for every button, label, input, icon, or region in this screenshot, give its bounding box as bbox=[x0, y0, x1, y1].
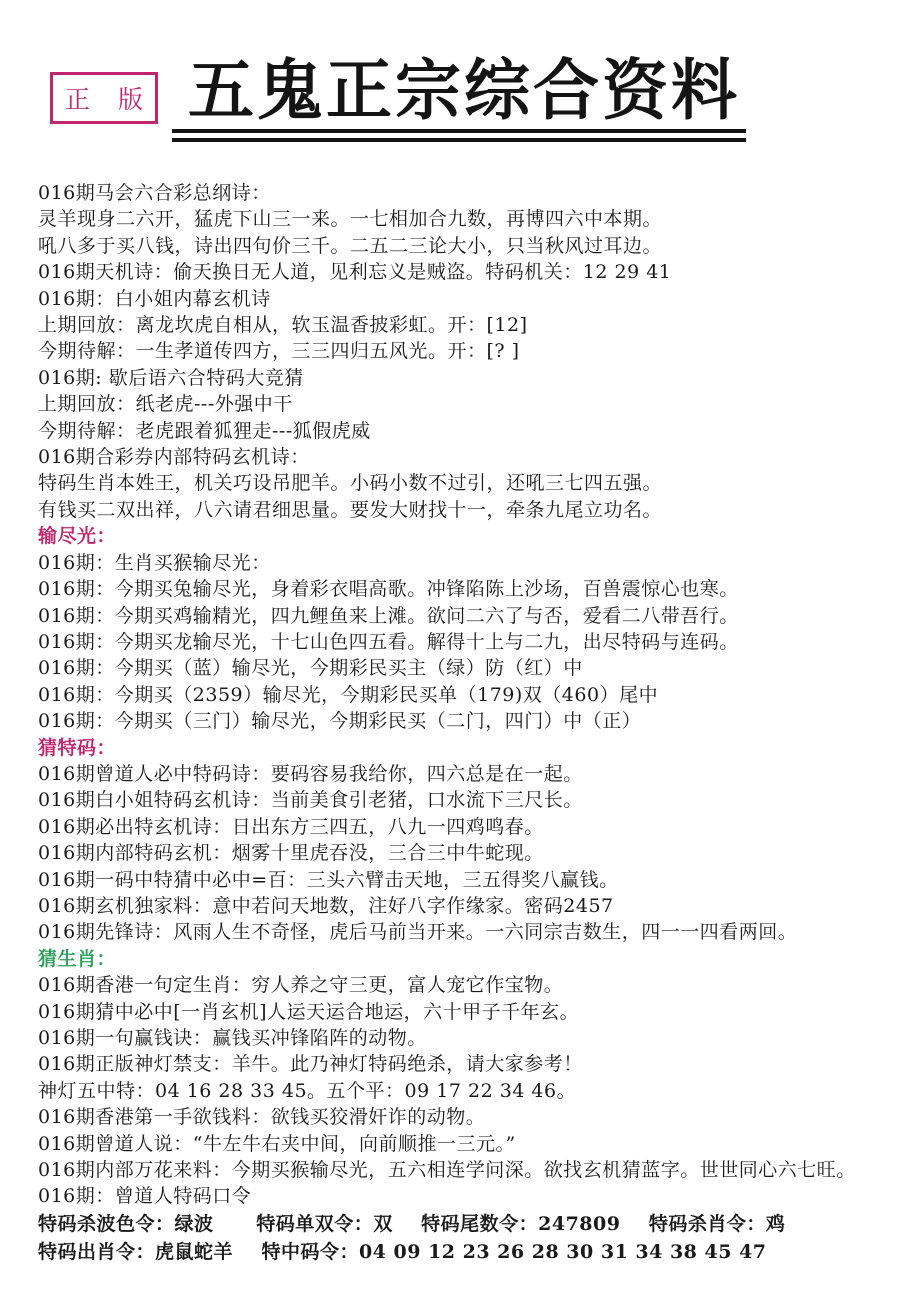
content-line: 016期：今期买兔输尽光，身着彩衣唱高歌。冲锋陷陈上沙场，百兽震惊心也寒。 bbox=[38, 576, 882, 602]
content-line: 016期内部万花来料：今期买猴输尽光，五六相连学问深。欲找玄机猜蓝字。世世同心六… bbox=[38, 1157, 882, 1183]
content-line: 016期：今期买（2359）输尽光，今期彩民买单（179)双（460）尾中 bbox=[38, 682, 882, 708]
content-line: 016期玄机独家料：意中若问天地数，注好八字作缘家。密码2457 bbox=[38, 893, 882, 919]
content-line: 016期香港一句定生肖：穷人养之守三更，富人宠它作宝物。 bbox=[38, 972, 882, 998]
content-line: 016期：今期买龙输尽光，十七山色四五看。解得十上与二九，出尽特码与连码。 bbox=[38, 629, 882, 655]
content-line: 灵羊现身二六开，猛虎下山三一来。一七相加合九数，再博四六中本期。 bbox=[38, 206, 882, 232]
content-line: 今期待解：一生孝道传四方，三三四归五风光。开：[? ] bbox=[38, 338, 882, 364]
content-line: 016期：今期买（三门）输尽光，今期彩民买（二门，四门）中（正） bbox=[38, 708, 882, 734]
content-line: 016期一码中特猜中必中=百：三头六臂击天地，三五得奖八赢钱。 bbox=[38, 867, 882, 893]
content-line: 特码杀波色令：绿波 特码单双令：双 特码尾数令：247809 特码杀肖令：鸡 bbox=[38, 1210, 882, 1238]
lottery-info-page: 正 版 五鬼正宗综合资料 016期马会六合彩总纲诗：灵羊现身二六开，猛虎下山三一… bbox=[0, 0, 900, 1301]
content-line: 016期白小姐特码玄机诗：当前美食引老猪，口水流下三尺长。 bbox=[38, 787, 882, 813]
section-heading: 猜生肖： bbox=[38, 946, 882, 972]
content-line: 吼八多于买八钱，诗出四句价三千。二五二三论大小，只当秋风过耳边。 bbox=[38, 233, 882, 259]
content-line: 016期曾道人说：“牛左牛右夹中间，向前顺推一三元。” bbox=[38, 1131, 882, 1157]
content-line: 神灯五中特：04 16 28 33 45。五个平：09 17 22 34 46。 bbox=[38, 1078, 882, 1104]
content-line: 016期先锋诗：风雨人生不奇怪，虎后马前当开来。一六同宗吉数生，四一一四看两回。 bbox=[38, 919, 882, 945]
page-header: 正 版 五鬼正宗综合资料 bbox=[0, 0, 900, 178]
content-line: 特码生肖本姓王，机关巧设吊肥羊。小码小数不过引，还吼三七四五强。 bbox=[38, 470, 882, 496]
page-title: 五鬼正宗综合资料 bbox=[188, 54, 740, 127]
content-line: 016期猜中必中[一肖玄机]人运天运合地运，六十甲子千年玄。 bbox=[38, 999, 882, 1025]
content-line: 016期：曾道人特码口令 bbox=[38, 1183, 882, 1209]
content-line: 有钱买二双出祥，八六请君细思量。要发大财找十一，牵条九尾立功名。 bbox=[38, 497, 882, 523]
content-line: 上期回放：离龙坎虎自相从，软玉温香披彩虹。开：[12] bbox=[38, 312, 882, 338]
content-lines: 016期马会六合彩总纲诗：灵羊现身二六开，猛虎下山三一来。一七相加合九数，再博四… bbox=[0, 178, 900, 1266]
content-line: 016期曾道人必中特码诗：要码容易我给你，四六总是在一起。 bbox=[38, 761, 882, 787]
content-line: 016期香港第一手欲钱料：欲钱买狡滑奸诈的动物。 bbox=[38, 1104, 882, 1130]
content-line: 016期必出特玄机诗：日出东方三四五，八九一四鸡鸣春。 bbox=[38, 814, 882, 840]
content-line: 016期合彩券内部特码玄机诗： bbox=[38, 444, 882, 470]
content-line: 上期回放：纸老虎---外强中干 bbox=[38, 391, 882, 417]
content-line: 016期：生肖买猴输尽光： bbox=[38, 550, 882, 576]
content-line: 特码出肖令：虎鼠蛇羊 特中码令：04 09 12 23 26 28 30 31 … bbox=[38, 1238, 882, 1266]
content-line: 016期：今期买（蓝）输尽光，今期彩民买主（绿）防（红）中 bbox=[38, 655, 882, 681]
content-line: 016期：今期买鸡输精光，四九鲤鱼来上滩。欲问二六了与否，爱看二八带吾行。 bbox=[38, 603, 882, 629]
content-line: 今期待解：老虎跟着狐狸走---狐假虎威 bbox=[38, 418, 882, 444]
content-line: 016期正版神灯禁支：羊牛。此乃神灯特码绝杀，请大家参考！ bbox=[38, 1051, 882, 1077]
section-heading: 输尽光： bbox=[38, 523, 882, 549]
content-line: 016期: 歇后语六合特码大竞猜 bbox=[38, 365, 882, 391]
title-underline: 五鬼正宗综合资料 bbox=[172, 54, 746, 142]
content-line: 016期马会六合彩总纲诗： bbox=[38, 180, 882, 206]
authentic-badge: 正 版 bbox=[50, 72, 158, 124]
section-heading: 猜特码： bbox=[38, 735, 882, 761]
content-line: 016期天机诗：偷天换日无人道，见利忘义是贼盗。特码机关：12 29 41 bbox=[38, 259, 882, 285]
content-line: 016期内部特码玄机：烟雾十里虎吞没，三合三中牛蛇现。 bbox=[38, 840, 882, 866]
content-line: 016期：白小姐内幕玄机诗 bbox=[38, 286, 882, 312]
content-line: 016期一句赢钱诀：赢钱买冲锋陷阵的动物。 bbox=[38, 1025, 882, 1051]
